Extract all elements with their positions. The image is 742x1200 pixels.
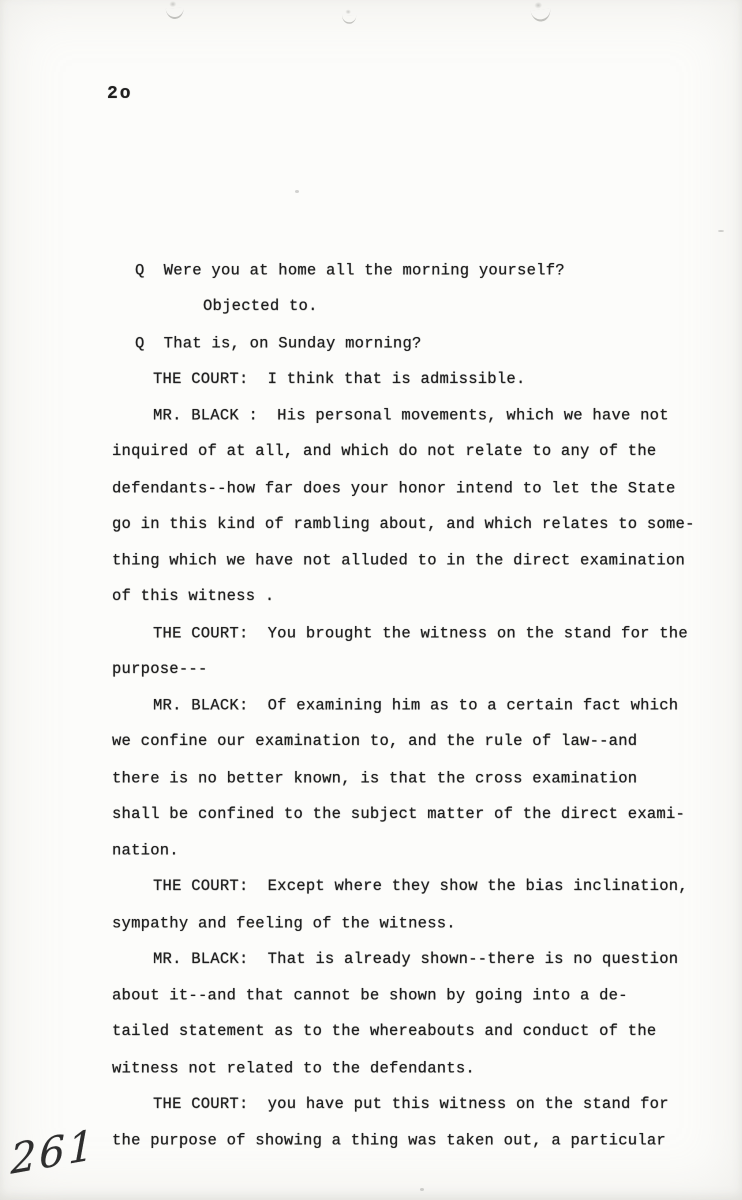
transcript-line: Q Were you at home all the morning yours… [135,252,718,288]
transcript-line: about it--and that cannot be shown by go… [112,977,718,1013]
transcript-line: Objected to. [203,288,718,324]
transcript-line: MR. BLACK : His personal movements, whic… [153,397,718,433]
transcript-line: THE COURT: you have put this witness on … [153,1086,718,1122]
transcript-line: inquired of at all, and which do not rel… [112,433,718,469]
scan-speckle [420,1188,424,1191]
transcript-line: Q That is, on Sunday morning? [135,325,718,361]
transcript-line: nation. [112,832,718,868]
transcript-page: 2o Q Were you at home all the morning yo… [0,0,742,1200]
transcript-line: we confine our examination to, and the r… [112,723,718,759]
transcript-body: Q Were you at home all the morning yours… [112,252,718,1158]
transcript-line: defendants--how far does your honor inte… [112,470,718,506]
scan-speckle [295,190,299,193]
transcript-line: MR. BLACK: That is already shown--there … [153,941,718,977]
transcript-line: sympathy and feeling of the witness. [112,905,718,941]
transcript-line: purpose--- [112,651,718,687]
scan-smudge-mark [531,8,552,22]
transcript-line: shall be confined to the subject matter … [112,796,718,832]
transcript-line: THE COURT: Except where they show the bi… [153,868,718,904]
transcript-line: MR. BLACK: Of examining him as to a cert… [153,687,718,723]
transcript-line: tailed statement as to the whereabouts a… [112,1013,718,1049]
transcript-line: go in this kind of rambling about, and w… [112,506,718,542]
transcript-line: of this witness . [112,578,718,614]
transcript-line: witness not related to the defendants. [112,1050,718,1086]
scan-smudge-mark [342,15,357,25]
transcript-line: THE COURT: You brought the witness on th… [153,615,718,651]
scan-smudge-mark [166,7,185,19]
scan-speckle [718,230,724,232]
transcript-line: THE COURT: I think that is admissible. [153,361,718,397]
transcript-line: thing which we have not alluded to in th… [112,542,718,578]
page-number: 2o [107,84,133,104]
transcript-line: the purpose of showing a thing was taken… [112,1122,718,1158]
transcript-line: there is no better known, is that the cr… [112,760,718,796]
handwritten-folio-number: 261 [11,1120,97,1184]
